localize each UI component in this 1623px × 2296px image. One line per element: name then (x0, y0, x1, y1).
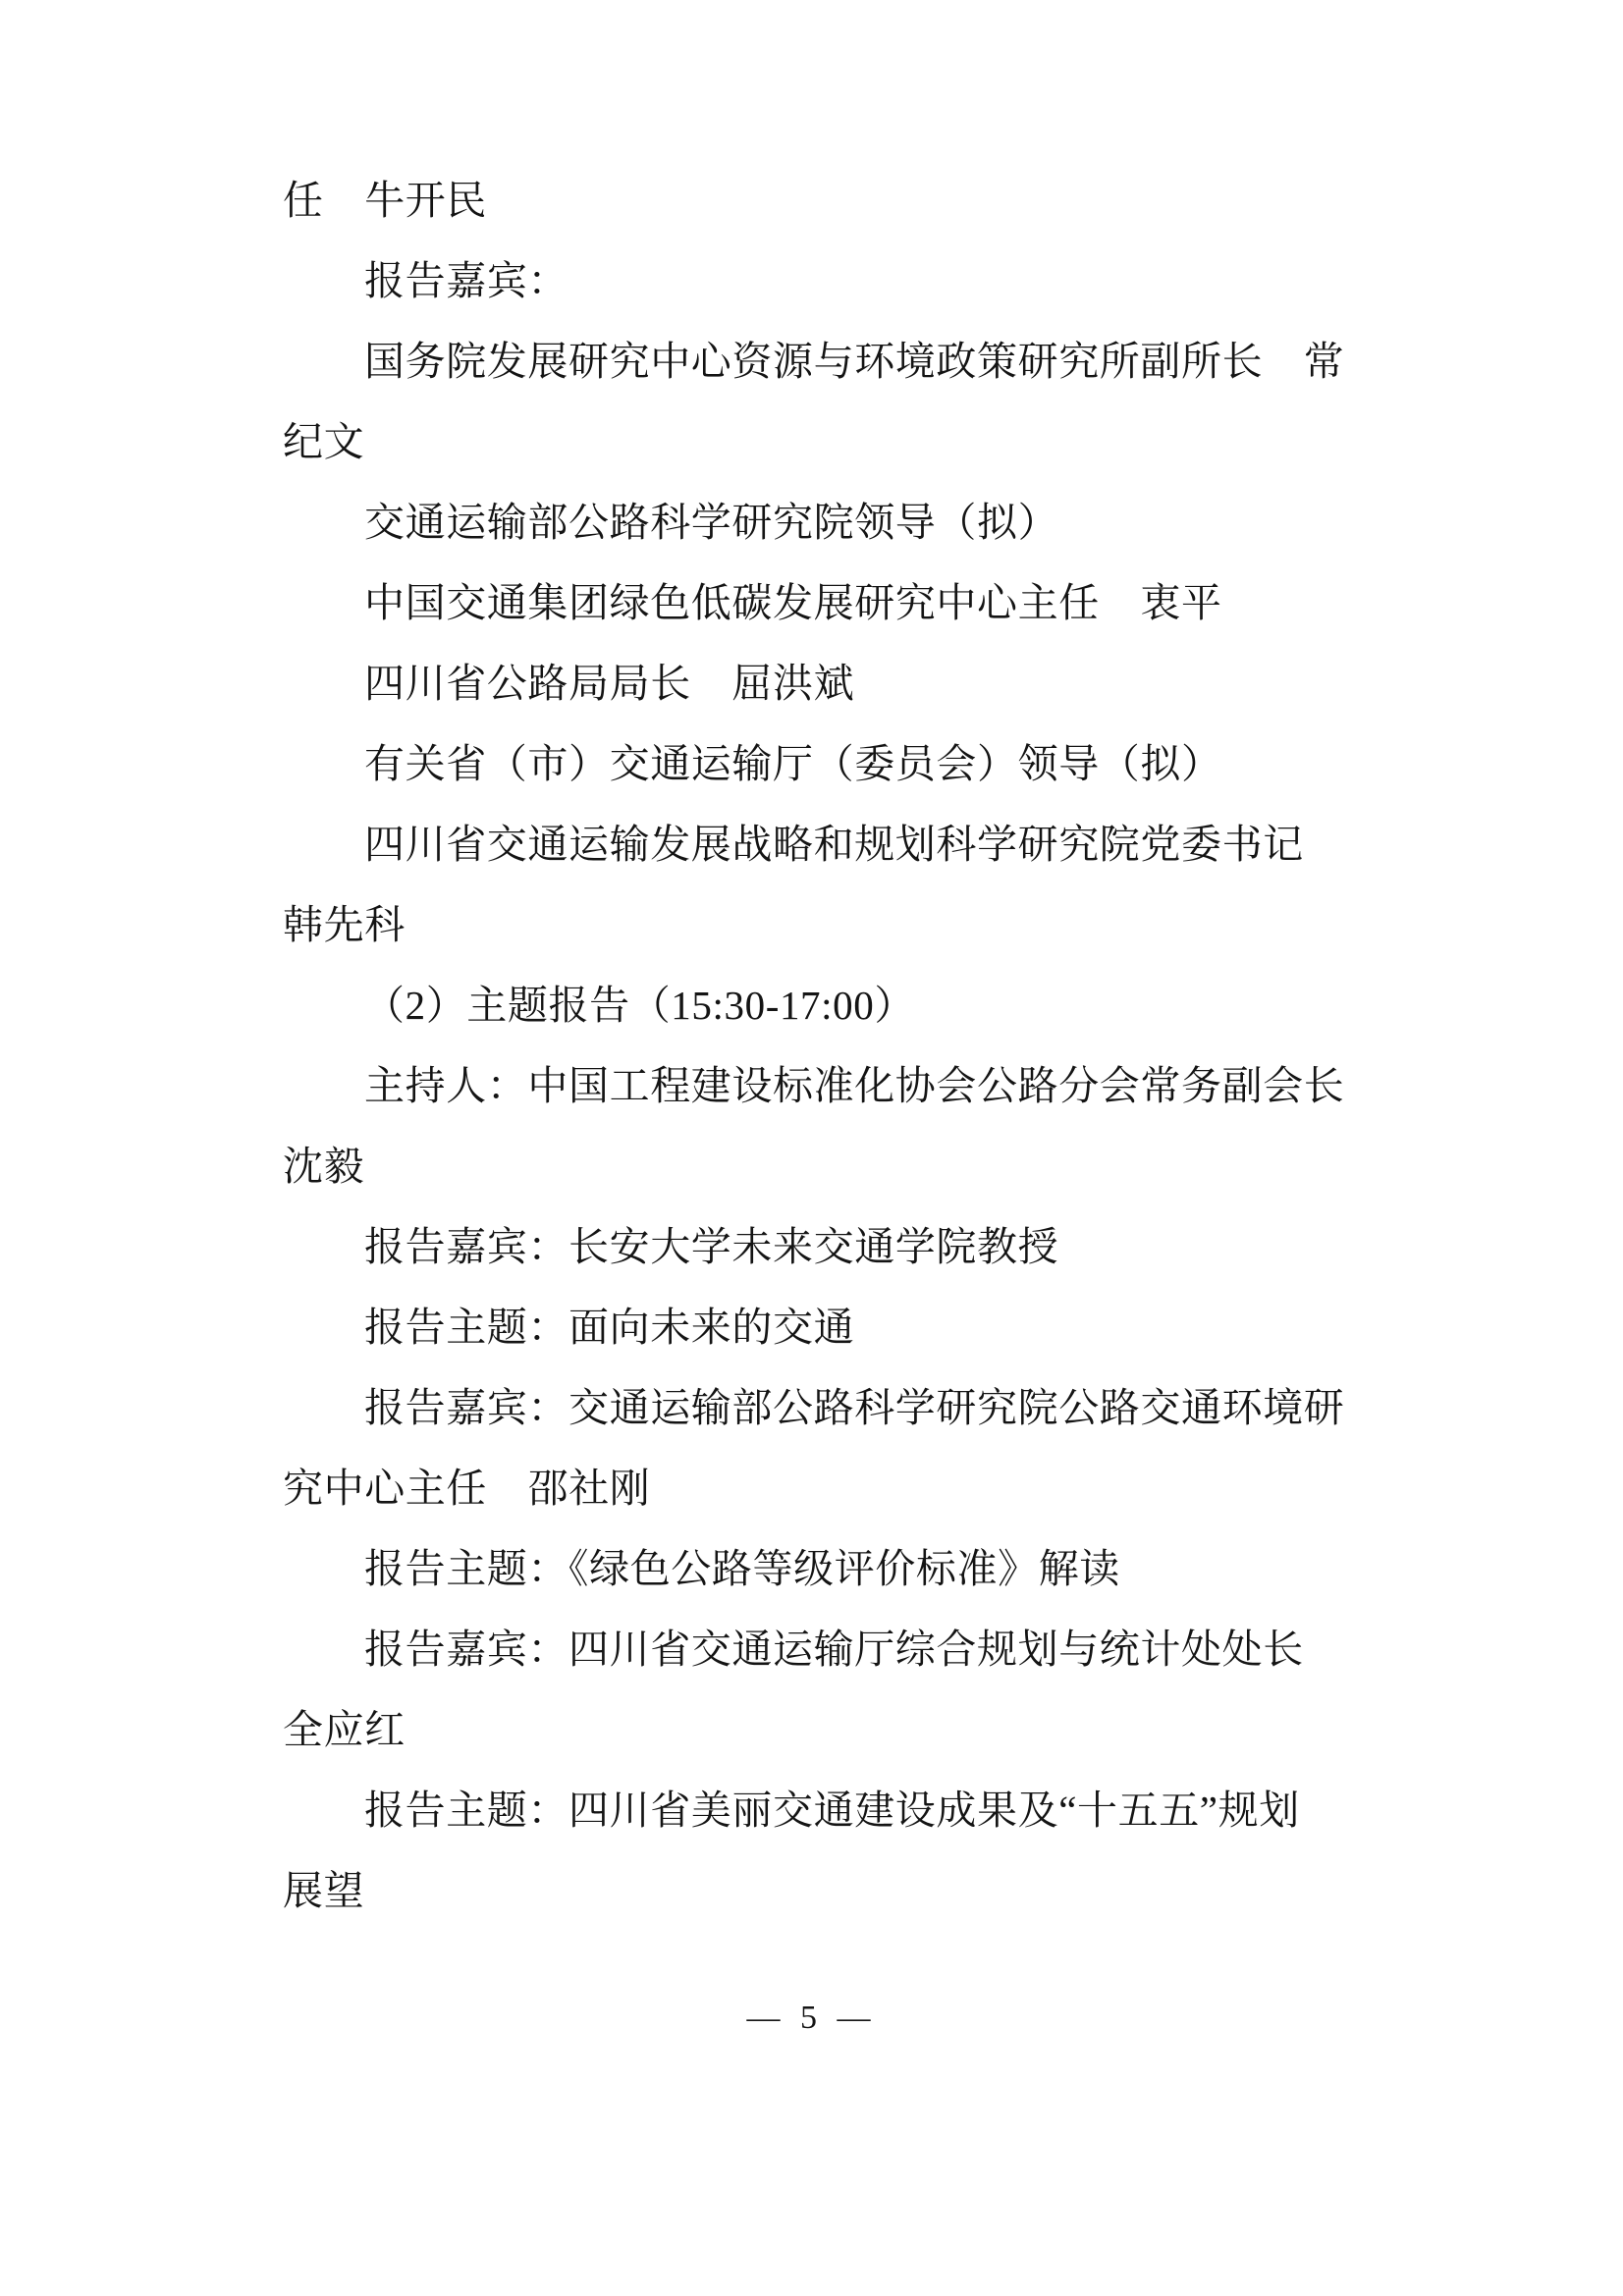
document-line: （2）主题报告（15:30-17:00） (283, 965, 1353, 1045)
document-line: 报告嘉宾：四川省交通运输厅综合规划与统计处处长 (283, 1609, 1353, 1689)
document-line: 主持人：中国工程建设标准化协会公路分会常务副会长 (283, 1045, 1353, 1126)
document-line: 纪文 (283, 401, 1353, 482)
document-line: 国务院发展研究中心资源与环境政策研究所副所长 常 (283, 321, 1353, 401)
document-line: 四川省公路局局长 屈洪斌 (283, 643, 1353, 723)
document-line: 四川省交通运输发展战略和规划科学研究院党委书记 (283, 804, 1353, 884)
document-line: 任 牛开民 (283, 160, 1353, 240)
document-line: 中国交通集团绿色低碳发展研究中心主任 衷平 (283, 562, 1353, 643)
document-body: 任 牛开民 报告嘉宾： 国务院发展研究中心资源与环境政策研究所副所长 常 纪文 … (283, 160, 1353, 1931)
document-line: 报告嘉宾： (283, 240, 1353, 321)
document-line: 交通运输部公路科学研究院领导（拟） (283, 482, 1353, 562)
document-page: 任 牛开民 报告嘉宾： 国务院发展研究中心资源与环境政策研究所副所长 常 纪文 … (0, 0, 1623, 2296)
document-line: 究中心主任 邵社刚 (283, 1448, 1353, 1528)
document-line: 报告主题：《绿色公路等级评价标准》解读 (283, 1528, 1353, 1609)
document-line: 报告主题：四川省美丽交通建设成果及“十五五”规划 (283, 1770, 1353, 1850)
document-line: 报告主题：面向未来的交通 (283, 1287, 1353, 1367)
document-line: 展望 (283, 1850, 1353, 1931)
document-line: 报告嘉宾：长安大学未来交通学院教授 (283, 1206, 1353, 1287)
page-number: — 5 — (0, 1993, 1623, 2044)
document-line: 韩先科 (283, 884, 1353, 965)
document-line: 有关省（市）交通运输厅（委员会）领导（拟） (283, 723, 1353, 804)
document-line: 全应红 (283, 1689, 1353, 1770)
document-line: 沈毅 (283, 1126, 1353, 1206)
document-line: 报告嘉宾：交通运输部公路科学研究院公路交通环境研 (283, 1367, 1353, 1448)
